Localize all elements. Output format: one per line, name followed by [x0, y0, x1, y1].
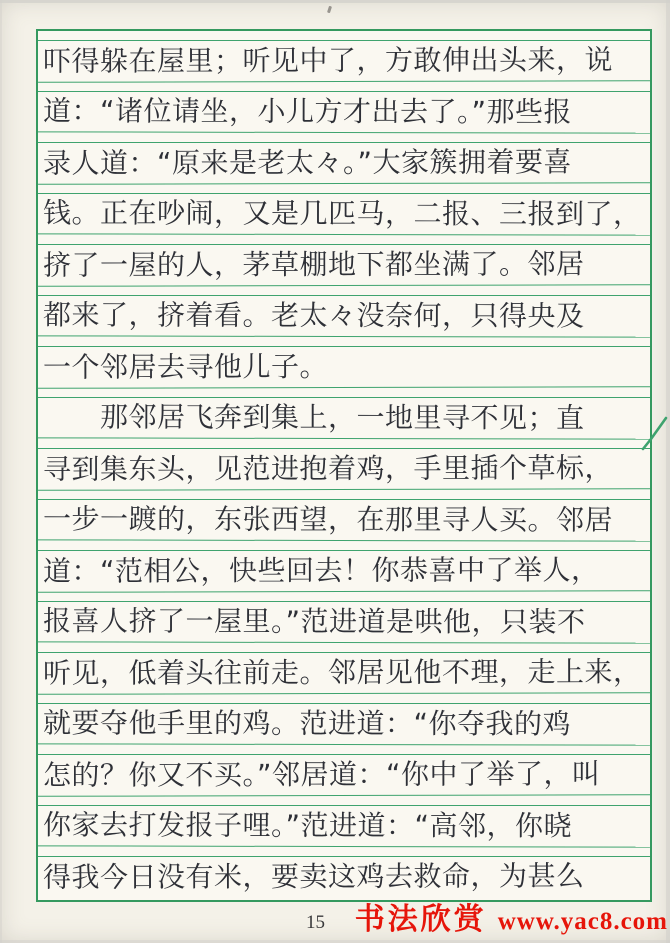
rule-row: 挤了一屋的人，茅草棚地下都坐满了。邻居: [38, 235, 650, 286]
handwritten-line: 那邻居飞奔到集上，一地里寻不见；直: [38, 397, 650, 439]
rule-row: 寻到集东头，见范进抱着鸡，手里插个草标，: [38, 439, 650, 490]
rule-strip: [38, 796, 650, 806]
rule-strip: [38, 592, 650, 602]
handwritten-line: 钱。正在吵闹，又是几匹马，二报、三报到了，: [38, 193, 650, 235]
watermark-brand: 书法欣赏: [355, 894, 487, 938]
scan-edge-left: [0, 0, 2, 943]
rule-row: 吓得躲在屋里；听见中了，方敢伸出头来，说: [38, 31, 650, 82]
rule-row: 录人道：“原来是老太々。”大家簇拥着要喜: [38, 133, 650, 184]
rule-strip: [38, 286, 650, 296]
handwritten-line: 道：“范相公，快些回去！你恭喜中了举人，: [38, 550, 650, 593]
rule-row: 报喜人挤了一屋里。”范进道是哄他，只装不: [38, 592, 650, 643]
rule-row: 道：“诸位请坐，小儿方才出去了。”那些报: [38, 82, 650, 133]
rule-row: 一步一踱的，东张西望，在那里寻人买。邻居: [38, 490, 650, 541]
rule-strip: [38, 694, 650, 704]
rule-row: 都来了，挤着看。老太々没奈何，只得央及: [38, 286, 650, 337]
handwritten-line: 录人道：“原来是老太々。”大家簇拥着要喜: [38, 142, 650, 185]
green-check-icon: [641, 416, 668, 452]
handwritten-line: 报喜人挤了一屋里。”范进道是哄他，只装不: [38, 601, 650, 643]
rule-strip: [38, 184, 650, 194]
rule-row: 你家去打发报子哩。”范进道：“高邻，你晓: [38, 796, 650, 847]
rule-row: 就要夺他手里的鸡。范进道：“你夺我的鸡: [38, 694, 650, 745]
ruled-writing-grid: 吓得躲在屋里；听见中了，方敢伸出头来，说 道：“诸位请坐，小儿方才出去了。”那些…: [36, 29, 652, 902]
rule-row: 钱。正在吵闹，又是几匹马，二报、三报到了，: [38, 184, 650, 235]
watermark: 书法欣赏 www.yac8.com: [355, 894, 668, 938]
handwritten-line: 挤了一屋的人，茅草棚地下都坐满了。邻居: [38, 244, 650, 287]
rule-strip: [38, 490, 650, 500]
page-number: 15: [306, 912, 325, 934]
rule-row: 得我今日没有米，要卖这鸡去救命，为甚么: [38, 847, 650, 898]
scan-edge-top: [0, 0, 670, 3]
handwritten-line: 就要夺他手里的鸡。范进道：“你夺我的鸡: [38, 703, 650, 745]
handwritten-line: 得我今日没有米，要卖这鸡去救命，为甚么: [38, 856, 650, 899]
rule-strip: [38, 82, 650, 92]
handwritten-line: 道：“诸位请坐，小儿方才出去了。”那些报: [38, 91, 650, 133]
handwritten-line: 吓得躲在屋里；听见中了，方敢伸出头来，说: [38, 40, 650, 83]
scan-edge-right: [666, 0, 670, 943]
handwritten-line: 一个邻居去寻他儿子。: [38, 346, 650, 389]
rule-row: 那邻居飞奔到集上，一地里寻不见；直: [38, 388, 650, 439]
handwritten-line: 寻到集东头，见范进抱着鸡，手里插个草标，: [38, 448, 650, 491]
scan-speck: [327, 6, 332, 14]
handwritten-line: 怎的？你又不买。”邻居道：“你中了举了，叫: [38, 754, 650, 797]
rule-strip: [38, 388, 650, 398]
handwritten-line: 你家去打发报子哩。”范进道：“高邻，你晓: [38, 805, 650, 847]
handwritten-line: 都来了，挤着看。老太々没奈何，只得央及: [38, 295, 650, 337]
handwritten-line: 听见，低着头往前走。邻居见他不理，走上来，: [38, 652, 650, 695]
watermark-site: www.yac8.com: [498, 908, 668, 936]
rule-row: 一个邻居去寻他儿子。: [38, 337, 650, 388]
rule-row: 道：“范相公，快些回去！你恭喜中了举人，: [38, 541, 650, 592]
rule-row: 听见，低着头往前走。邻居见他不理，走上来，: [38, 643, 650, 694]
handwritten-line: 一步一踱的，东张西望，在那里寻人买。邻居: [38, 499, 650, 541]
rule-row: 怎的？你又不买。”邻居道：“你中了举了，叫: [38, 745, 650, 796]
